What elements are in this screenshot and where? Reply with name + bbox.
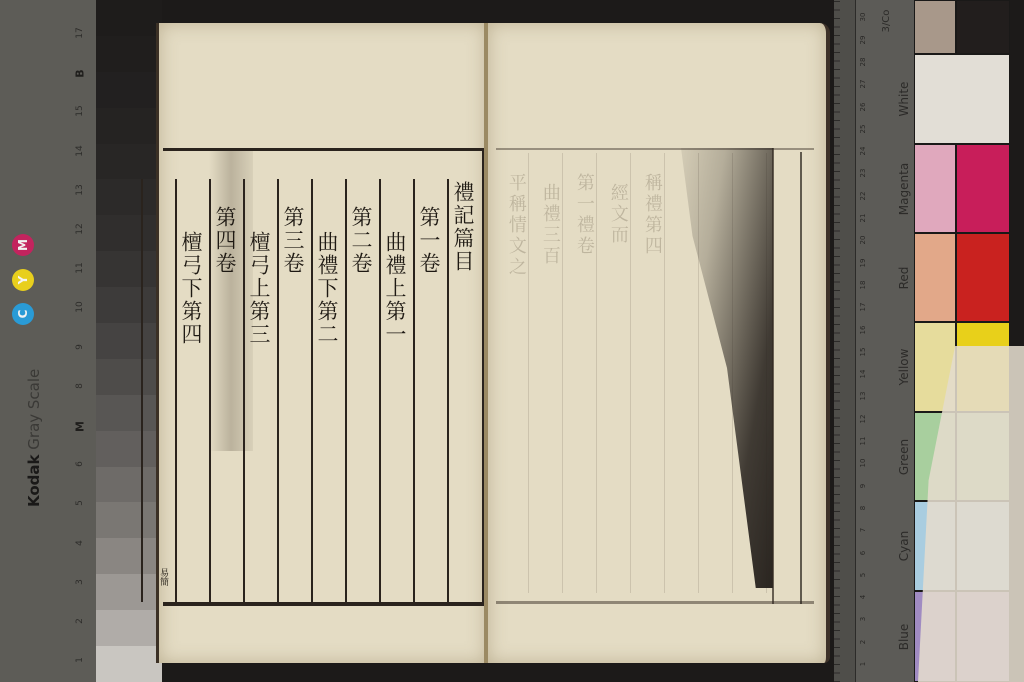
ruler-number: 21 <box>859 211 867 225</box>
gray-scale-number: 2 <box>75 611 85 631</box>
gray-scale-title: Kodak Gray Scale <box>25 377 45 507</box>
gray-step <box>96 108 162 144</box>
ruler-number: 3 <box>859 612 867 626</box>
bleed-through-rule <box>528 153 529 593</box>
ruler-number: 25 <box>859 122 867 136</box>
ruler-number: 29 <box>859 33 867 47</box>
ruler-number: 12 <box>859 412 867 426</box>
gray-step <box>96 359 162 395</box>
kodak-color-control-card: 1234567891011121314151617181920212223242… <box>834 0 914 682</box>
bleed-through-column: 經文而 <box>608 183 627 246</box>
patch-label-white: White <box>897 69 911 129</box>
patch-label-magenta: Magenta <box>897 159 911 219</box>
volume-heading: 第四卷 <box>214 206 235 275</box>
gray-scale-number: 6 <box>75 454 85 474</box>
ruler-number: 6 <box>859 546 867 560</box>
column-rule <box>379 179 381 602</box>
gray-step <box>96 323 162 359</box>
bleed-through-rule <box>664 153 665 593</box>
column-rule <box>277 179 279 602</box>
magenta-dot-letter: M <box>16 239 30 251</box>
gray-scale-number: 13 <box>75 180 85 200</box>
gray-step <box>96 610 162 646</box>
gray-scale-number: 11 <box>75 258 85 278</box>
patch-label-red: Red <box>897 248 911 308</box>
red-dark-patch <box>956 233 1010 322</box>
cyan-dot-icon: C <box>12 303 34 325</box>
gray-scale-number: 4 <box>75 533 85 553</box>
patch-label-green: Green <box>897 427 911 487</box>
gray-scale-brand: Kodak <box>25 455 43 508</box>
red-light-patch <box>914 233 956 322</box>
ruler-number: 17 <box>859 300 867 314</box>
gray-step <box>96 574 162 610</box>
gray-scale-number: 8 <box>75 376 85 396</box>
gray-step <box>96 72 162 108</box>
ruler-scale <box>834 0 856 682</box>
patch-label-blue: Blue <box>897 607 911 667</box>
magenta-dot-icon: M <box>12 234 34 256</box>
kodak-gray-scale-card: Kodak Gray Scale M Y C 17B15141312111098… <box>0 0 96 682</box>
column-rule <box>141 179 143 602</box>
right-page: 平稱情文之曲禮三百第一禮卷經文而稱禮第四 <box>488 23 830 663</box>
ruler-number: 8 <box>859 501 867 515</box>
toc-title: 禮記篇目 <box>452 181 473 273</box>
gray-step <box>96 431 162 467</box>
gray-scale-number: 15 <box>75 101 85 121</box>
volume-heading: 第二卷 <box>350 206 371 275</box>
bleed-through-column: 平稱情文之 <box>506 173 525 278</box>
gray-scale-steps <box>96 0 162 682</box>
ruler-number: 16 <box>859 323 867 337</box>
gray-step <box>96 36 162 72</box>
column-rule <box>243 179 245 602</box>
volume-heading: 第三卷 <box>282 206 303 275</box>
gray-scale-number: 3 <box>75 572 85 592</box>
bleed-through-column: 曲禮三百 <box>540 183 559 267</box>
bleed-through-column: 第一禮卷 <box>574 173 593 257</box>
gray-step <box>96 287 162 323</box>
gray-scale-number: 12 <box>75 219 85 239</box>
gray-step <box>96 0 162 36</box>
bleed-through-rule <box>562 153 563 593</box>
ruler-number: 9 <box>859 479 867 493</box>
column-rule <box>311 179 313 602</box>
gray-scale-number: 17 <box>75 23 85 43</box>
ruler-number: 24 <box>859 144 867 158</box>
ruler-number: 20 <box>859 233 867 247</box>
column-rule <box>413 179 415 602</box>
ruler-number: 27 <box>859 77 867 91</box>
ruler-number: 11 <box>859 434 867 448</box>
cyan-dot-letter: C <box>16 310 30 319</box>
chapter-entry: 曲禮下第二 <box>316 231 337 346</box>
magenta-light-patch <box>914 144 956 233</box>
chapter-entry: 曲禮上第一 <box>384 231 405 346</box>
gray-scale-number: M <box>74 417 87 437</box>
bleed-through-column: 稱禮第四 <box>642 173 661 257</box>
open-book: 禮記篇目第一卷曲禮上第一第二卷曲禮下第二第三卷檀弓上第三第四卷檀弓下第四 易簡 … <box>156 23 832 663</box>
chapter-entry: 檀弓上第三 <box>248 231 269 346</box>
corner-label: 3/Co <box>881 0 895 51</box>
gray-scale-number: 5 <box>75 493 85 513</box>
ruler-number: 13 <box>859 389 867 403</box>
gray-step <box>96 502 162 538</box>
yellow-dot-icon: Y <box>12 269 34 291</box>
gray-scale-number: 10 <box>75 297 85 317</box>
bleed-through-rule <box>630 153 631 593</box>
ruler-number: 14 <box>859 367 867 381</box>
column-rule <box>345 179 347 602</box>
right-page-edge-column <box>772 148 814 604</box>
ruler-number: 22 <box>859 189 867 203</box>
ruler-number: 30 <box>859 10 867 24</box>
gray-step <box>96 646 162 682</box>
gray-scale-label: Gray Scale <box>25 369 43 450</box>
gray-step <box>96 179 162 215</box>
column-rule <box>209 179 211 602</box>
gray-scale-number: 14 <box>75 141 85 161</box>
gray-step <box>96 251 162 287</box>
left-page-print-frame: 禮記篇目第一卷曲禮上第一第二卷曲禮下第二第三卷檀弓上第三第四卷檀弓下第四 <box>163 148 485 606</box>
column-rule <box>175 179 177 602</box>
ruler-number: 28 <box>859 55 867 69</box>
magenta-dark-patch <box>956 144 1010 233</box>
ruler-number: 7 <box>859 523 867 537</box>
ruler-number: 1 <box>859 657 867 671</box>
ruler-number: 2 <box>859 635 867 649</box>
gray-scale-number: 1 <box>75 650 85 670</box>
patch-label-cyan: Cyan <box>897 516 911 576</box>
ruler-number: 26 <box>859 100 867 114</box>
gray-step <box>96 395 162 431</box>
ruler-number: 15 <box>859 345 867 359</box>
left-page: 禮記篇目第一卷曲禮上第一第二卷曲禮下第二第三卷檀弓上第三第四卷檀弓下第四 易簡 <box>156 23 486 663</box>
margin-mark: 易簡 <box>158 568 167 586</box>
gray-step <box>96 467 162 503</box>
volume-heading: 第一卷 <box>418 206 439 275</box>
top-swatch-light <box>914 0 956 54</box>
white-light-patch <box>914 54 1010 144</box>
bleed-through-rule <box>596 153 597 593</box>
yellow-dot-letter: Y <box>16 276 30 285</box>
ruler-number: 18 <box>859 278 867 292</box>
ruler-number: 10 <box>859 456 867 470</box>
gray-scale-number: 9 <box>75 337 85 357</box>
ruler-number: 4 <box>859 590 867 604</box>
column-rule <box>447 179 449 602</box>
top-swatch-dark <box>956 0 1010 54</box>
gray-step <box>96 538 162 574</box>
ruler-number: 19 <box>859 256 867 270</box>
gray-step <box>96 215 162 251</box>
ruler-number: 23 <box>859 166 867 180</box>
ruler-number: 5 <box>859 568 867 582</box>
gray-step <box>96 144 162 180</box>
patch-label-yellow: Yellow <box>897 337 911 397</box>
gray-scale-number: B <box>74 64 87 84</box>
chapter-entry: 檀弓下第四 <box>180 231 201 346</box>
